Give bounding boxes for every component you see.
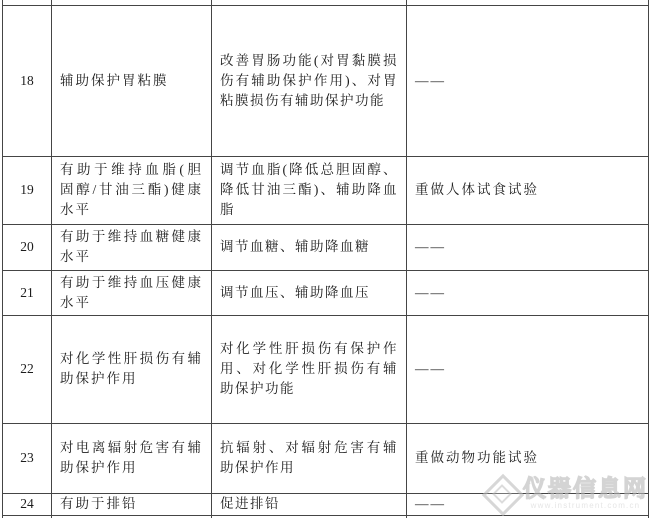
- old-function-name-cell: 改善胃肠功能(对胃黏膜损伤有辅助保护作用)、对胃粘膜损伤有辅助保护功能: [212, 5, 407, 156]
- function-name-cell: 有助于维持血压健康水平: [52, 270, 212, 315]
- function-comparison-table: 18 辅助保护胃粘膜 改善胃肠功能(对胃黏膜损伤有辅助保护作用)、对胃粘膜损伤有…: [2, 0, 649, 518]
- function-name-cell: 有助于排铅: [52, 493, 212, 515]
- function-name-cell: 有助于维持血糖健康水平: [52, 224, 212, 270]
- row-number-cell: 22: [3, 315, 52, 423]
- row-number-cell: 18: [3, 5, 52, 156]
- note-cell: 重做动物功能试验: [407, 423, 649, 493]
- note-cell: 重做人体试食试验: [407, 156, 649, 224]
- row-number-cell: 21: [3, 270, 52, 315]
- table-row: 22 对化学性肝损伤有辅助保护作用 对化学性肝损伤有保护作用、对化学性肝损伤有辅…: [3, 315, 649, 423]
- function-name-cell: 有助于维持血脂(胆固醇/甘油三酯)健康水平: [52, 156, 212, 224]
- note-cell: ——: [407, 315, 649, 423]
- row-number-cell: 20: [3, 224, 52, 270]
- function-name-cell: 辅助保护胃粘膜: [52, 5, 212, 156]
- old-function-name-cell: 调节血脂(降低总胆固醇、降低甘油三酯)、辅助降血脂: [212, 156, 407, 224]
- table-row: 20 有助于维持血糖健康水平 调节血糖、辅助降血糖 ——: [3, 224, 649, 270]
- table-row: 21 有助于维持血压健康水平 调节血压、辅助降血压 ——: [3, 270, 649, 315]
- row-number-cell: 19: [3, 156, 52, 224]
- row-number-cell: 24: [3, 493, 52, 515]
- old-function-name-cell: 调节血糖、辅助降血糖: [212, 224, 407, 270]
- function-name-cell: 对电离辐射危害有辅助保护作用: [52, 423, 212, 493]
- table-row: 23 对电离辐射危害有辅助保护作用 抗辐射、对辐射危害有辅助保护作用 重做动物功…: [3, 423, 649, 493]
- table-row: 18 辅助保护胃粘膜 改善胃肠功能(对胃黏膜损伤有辅助保护作用)、对胃粘膜损伤有…: [3, 5, 649, 156]
- note-cell: ——: [407, 270, 649, 315]
- old-function-name-cell: 调节血压、辅助降血压: [212, 270, 407, 315]
- note-cell: ——: [407, 224, 649, 270]
- document-page: 18 辅助保护胃粘膜 改善胃肠功能(对胃黏膜损伤有辅助保护作用)、对胃粘膜损伤有…: [0, 0, 651, 518]
- old-function-name-cell: 抗辐射、对辐射危害有辅助保护作用: [212, 423, 407, 493]
- row-number-cell: 23: [3, 423, 52, 493]
- old-function-name-cell: 促进排铅: [212, 493, 407, 515]
- note-cell: ——: [407, 5, 649, 156]
- table-row: 19 有助于维持血脂(胆固醇/甘油三酯)健康水平 调节血脂(降低总胆固醇、降低甘…: [3, 156, 649, 224]
- table-row: 24 有助于排铅 促进排铅 ——: [3, 493, 649, 515]
- function-name-cell: 对化学性肝损伤有辅助保护作用: [52, 315, 212, 423]
- old-function-name-cell: 对化学性肝损伤有保护作用、对化学性肝损伤有辅助保护功能: [212, 315, 407, 423]
- note-cell: ——: [407, 493, 649, 515]
